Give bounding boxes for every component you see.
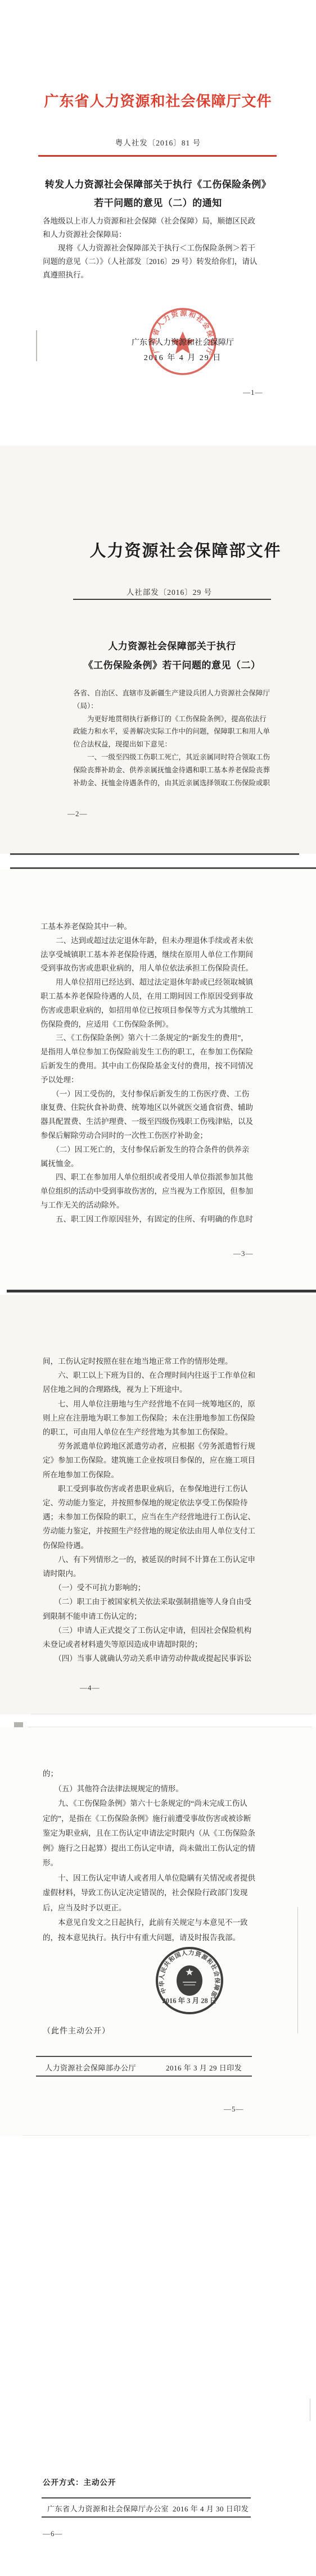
text-line: （局）： [73, 700, 273, 713]
text-line: 遇；未参加工伤保险的职工，应当在生产经营地进行工伤认定、 [43, 1510, 273, 1524]
text-line: 十、因工伤认定申请人或者用人单位隐瞒有关情况或者提供 [43, 1871, 273, 1886]
page1-title-line1: 转发人力资源社会保障部关于执行《工伤保险条例》 [22, 176, 294, 190]
text-line: 职工受到事故伤害或者患职业病后，在参保地进行工伤认 [43, 1482, 273, 1496]
page1-letterhead: 广东省人力资源和社会保障厅文件 [0, 90, 316, 111]
colophon-rule [42, 2516, 251, 2518]
text-line: 则上应在注册地为职工参加工伤保险；未在注册地参加工伤保险 [43, 1411, 273, 1425]
text-line: 间，工伤认定时按照在驻在地当地正常工作的情形处理。 [43, 1354, 273, 1368]
red-rule [38, 155, 277, 157]
page4-body: 间，工伤认定时按照在驻在地当地正常工作的情形处理。 六、职工以上下班为目的、在合… [43, 1354, 273, 1665]
text-line: 虚假材料，导致工伤认定决定错误的，社会保险行政部门发现 [43, 1886, 273, 1901]
page1-title-line2: 若干问题的意见（二）的通知 [22, 195, 294, 209]
text-line: 伤害或患职业病的，如招用单位已按项目参保等方式为其缴纳工 [40, 1004, 272, 1018]
text-line: 的职工，可由用人单位在生产经营地为其参加工伤保险。 [43, 1425, 273, 1439]
colophon-rule [36, 2076, 252, 2077]
text-line: （五）其他符合法律法规规定的情形。 [43, 1782, 273, 1797]
text-line: 是指用人单位参加工伤保险前发生工伤的职工，在参加工伤保险 [40, 1045, 272, 1059]
text-line: 保险丧葬补助金、供养亲属抚恤金待遇和职工基本养老保险丧葬 [73, 764, 273, 777]
page5-colophon-org: 人力资源社会保障部办公厅 [45, 2062, 136, 2073]
text-line: 请时限内。 [43, 1567, 273, 1581]
page1-number: —1— [243, 388, 263, 397]
page2-number: —2— [67, 809, 88, 818]
text-line: 参保后解除劳动合同时的一次性工伤医疗补助金； [40, 1129, 272, 1143]
text-line: 后新发生的费用。其中由工伤保险基金支付的费用，按不同情况 [40, 1059, 272, 1073]
page-1: 广东省人力资源和社会保障厅文件 粤人社发〔2016〕81 号 转发人力资源社会保… [0, 0, 316, 445]
page-6: 公开方式：主动公开 广东省人力资源和社会保障厅办公室 2016 年 4 月 30… [0, 2143, 316, 2576]
text-line: 定的”，是指在《工伤保险条例》施行前遭受事故伤害或被诊断 [43, 1812, 273, 1827]
text-line: 劳务派遣单位跨地区派遣劳动者，应根据《劳务派遣暂行规 [43, 1439, 273, 1453]
text-line: （一）因工受伤的，支付参保后新发生的工伤医疗费、工伤 [40, 1087, 272, 1102]
text-line: 各地级以上市人力资源和社会保障（社会保障）局，顺德区民政 [43, 215, 274, 228]
text-line: 定、劳动能力鉴定，并按照参保地的规定依法享受工伤保险待 [43, 1496, 273, 1510]
text-line: 一、一级至四级工伤职工死亡，其近亲属同时符合领取工伤 [73, 751, 273, 764]
page3-body: 工基本养老保险其中一种。 二、达到或超过法定退休年龄，但未办理退休手续或者未依法… [40, 920, 272, 1227]
text-line: 伤保险待遇。 [43, 1539, 273, 1553]
text-line: 政能力和水平，妥善解决实际工作中的问题，保障职工和用人单 [73, 725, 273, 738]
text-line: 用人单位招用已经达到、超过法定退休年龄或已经领取城镇 [40, 976, 272, 990]
page4-number: —4— [80, 1683, 100, 1692]
text-line: 二、达到或超过法定退休年龄，但未办理退休手续或者未依 [40, 934, 272, 948]
text-line: 三、《工伤保险条例》第六十二条规定的“新发生的费用”， [40, 1031, 272, 1045]
page5-body: 的； （五）其他符合法律法规规定的情形。 九、《工伤保险条例》第六十七条规定的“… [43, 1767, 273, 1945]
sheet-edge [7, 1290, 316, 1292]
page5-disclosure-note: （此件主动公开） [43, 2025, 110, 2036]
page1-doc-number: 粤人社发〔2016〕81 号 [0, 136, 316, 148]
text-line: （四）当事人就确认劳动关系申请劳动仲裁或提起民事诉讼 [43, 1651, 273, 1665]
text-line: 后，应当及时予以更正。 [43, 1901, 273, 1916]
text-line: （三）申请人正式提交了工伤认定申请，但因社会保险机构 [43, 1623, 273, 1637]
page5-number: —5— [224, 2105, 244, 2114]
text-line: 予以处理： [40, 1073, 272, 1087]
text-line: 七、用人单位注册地与生产经营地不在同一统筹地区的，原 [43, 1397, 273, 1411]
page6-colophon-date: 2016 年 4 月 30 日印发 [173, 2503, 249, 2514]
page2-title-line2: 《工伤保险条例》若干问题的意见（二） [73, 657, 271, 671]
sheet-edge-faint [22, 2135, 309, 2136]
text-line: 职工基本养老保险待遇的人员，在用工期间因工作原因受到事故 [40, 990, 272, 1004]
text-line: 受到事故伤害或患职业病的，用人单位依法承担工伤保险责任。 [40, 962, 272, 976]
page2-title: 人力资源社会保障部关于执行 《工伤保险条例》若干问题的意见（二） [73, 638, 271, 671]
page5-colophon-date: 2016 年 3 月 29 日印发 [166, 2062, 242, 2073]
text-line: 鉴定为职业病，且在工伤认定申请法定时限内（从《工伤保险条 [43, 1826, 273, 1841]
text-line: 的； [43, 1767, 273, 1782]
text-line: 属抚恤金。 [40, 1157, 272, 1171]
page2-doc-number: 人社部发〔2016〕29 号 [67, 586, 271, 597]
text-line: 工基本养老保险其中一种。 [40, 920, 272, 934]
page2-title-line1: 人力资源社会保障部关于执行 [73, 638, 271, 652]
page1-signature-date: 2016 年 4 月 29 日 [127, 352, 239, 363]
text-line: 的，按本意见执行。执行中有重大问题，请及时报告我部。 [43, 1931, 273, 1946]
page2-body: 各省、自治区、直辖市及新疆生产建设兵团人力资源社会保障厅（局）： 为更好地贯彻执… [73, 687, 273, 789]
page-5: 的； （五）其他符合法律法规规定的情形。 九、《工伤保险条例》第六十七条规定的“… [0, 1727, 316, 2136]
page-3: 工基本养老保险其中一种。 二、达到或超过法定退休年龄，但未办理退休手续或者未依法… [0, 870, 316, 1290]
text-line: 六、职工以上下班为目的、在合理时间内往返于工作单位和 [43, 1368, 273, 1382]
text-line: （二）因工死亡的，支付参保后新发生的符合条件的供养亲 [40, 1143, 272, 1157]
sheet-edge [10, 867, 316, 869]
page-2: 人力资源社会保障部文件 人社部发〔2016〕29 号 人力资源社会保障部关于执行… [0, 445, 316, 854]
text-line: 八、有下列情形之一的，被延误的时间不计算在工伤认定申 [43, 1553, 273, 1567]
text-line: 和人力资源社会保障局： [43, 228, 274, 242]
scan-artifact [36, 330, 37, 361]
text-line: 定》参加工伤保险。建筑施工企业按项目参保的，应在施工项目 [43, 1453, 273, 1467]
text-line: 与工作无关的活动除外。 [40, 1199, 272, 1213]
text-line: 未登记或者材料遗失等原因造成申请超时限的； [43, 1637, 273, 1651]
text-line: 形。 [43, 1856, 273, 1871]
text-line: 问题的意见（二）》（人社部发〔2016〕29 号）转发给你们，请认 [43, 255, 274, 268]
text-line: 四、职工在参加用人单位组织或者受用人单位指派参加其他 [40, 1171, 272, 1185]
text-line: 伤保险费的，应适用《工伤保险条例》。 [40, 1018, 272, 1032]
colophon-rule [36, 2056, 252, 2057]
text-line: 补助金、抚恤金待遇条件的，由其近亲属选择领取工伤保险或职 [73, 777, 273, 790]
text-line: 九、《工伤保险条例》第六十七条规定的“尚未完成工伤认 [43, 1796, 273, 1812]
sheet-edge-faint [31, 1714, 312, 1714]
scan-artifact [297, 1907, 298, 2033]
text-line: 各省、自治区、直辖市及新疆生产建设兵团人力资源社会保障厅 [73, 687, 273, 700]
page6-disclosure: 公开方式：主动公开 [43, 2476, 116, 2487]
text-line: （二）职工由于被国家机关依法采取强制措施等人身自由受 [43, 1595, 273, 1609]
scan-artifact [310, 2398, 310, 2421]
text-line: （一）受不可抗力影响的； [43, 1581, 273, 1595]
text-line: 所在地参加工伤保险。 [43, 1468, 273, 1482]
page1-body: 各地级以上市人力资源和社会保障（社会保障）局，顺德区民政和人力资源社会保障局： … [43, 215, 274, 282]
text-line: 例》施行之日起算）提出工伤认定申请，尚未做出工伤认定的情 [43, 1841, 273, 1856]
text-line: 劳动能力鉴定，并按照生产经营地的规定依法由用人单位支付工 [43, 1524, 273, 1538]
text-line: 本意见自发文之日起执行，此前有关规定与本意见不一致 [43, 1915, 273, 1931]
text-line: 居住地之间的合理路线，视为上下班途中。 [43, 1382, 273, 1396]
colophon-rule [42, 2497, 251, 2498]
text-line: 五、职工因工作原因驻外，有固定的住所、有明确的作息时 [40, 1213, 272, 1227]
page6-number: —6— [43, 2529, 63, 2538]
page3-number: —3— [233, 1249, 254, 1258]
page1-title: 转发人力资源社会保障部关于执行《工伤保险条例》 若干问题的意见（二）的通知 [22, 176, 294, 209]
text-line: 现将《人力资源社会保障部关于执行＜工伤保险条例＞若干 [43, 242, 274, 255]
text-line: 单位组织的活动中受到事故伤害的，应当视为工作原因，但参加 [40, 1185, 272, 1199]
sheet-edge [10, 853, 299, 855]
black-rule [73, 599, 271, 600]
text-line: 为更好地贯彻执行新修订的《工伤保险条例》，提高依法行 [73, 713, 273, 726]
scanned-document: 广东省人力资源和社会保障厅文件 粤人社发〔2016〕81 号 转发人力资源社会保… [0, 0, 316, 2576]
page2-letterhead: 人力资源社会保障部文件 [82, 538, 290, 561]
text-line: 康复费、住院伙食补助费、统筹地区以外就医交通食宿费、辅助 [40, 1101, 272, 1115]
page-4: 间，工伤认定时按照在驻在地当地正常工作的情形处理。 六、职工以上下班为目的、在合… [0, 1295, 316, 1714]
text-line: 位合法权益，现提出如下意见： [73, 738, 273, 751]
page6-colophon-org: 广东省人力资源和社会保障厅办公室 [47, 2503, 169, 2514]
text-line: 器具配置费、生活护理费、一级至四级伤残职工伤残津贴，以及 [40, 1115, 272, 1129]
text-line: 法享受城镇职工基本养老保险待遇，继续在原用人单位工作期间 [40, 948, 272, 962]
text-line: 到限制不能申请工伤认定的； [43, 1609, 273, 1623]
text-line: 真遵照执行。 [43, 268, 274, 282]
seal-date: 2016 年 3 月 28 日 [162, 1996, 217, 2005]
page1-signature-org: 广东省人力资源和社会保障厅 [127, 336, 239, 348]
ministry-black-seal: 中华人民共和国人力资源和社会保障部 2016 年 3 月 28 日 [154, 1945, 225, 2017]
